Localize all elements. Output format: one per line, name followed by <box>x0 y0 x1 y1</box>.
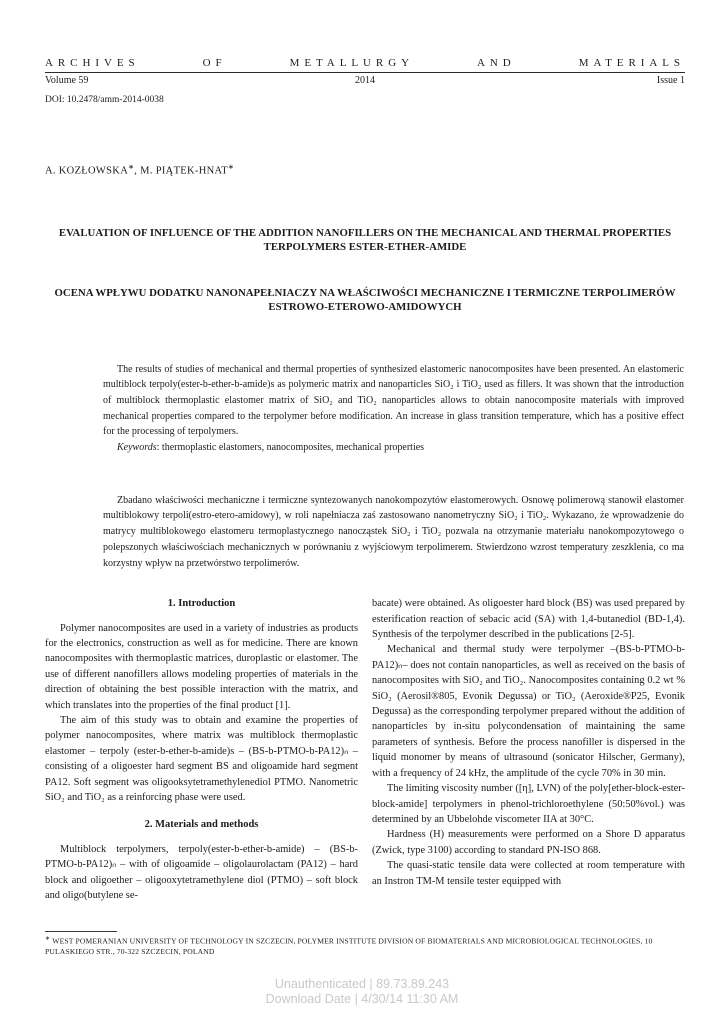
abstract-english: The results of studies of mechanical and… <box>103 362 684 456</box>
body-paragraph: The quasi-static tensile data were colle… <box>372 858 685 889</box>
body-paragraph: The aim of this study was to obtain and … <box>45 713 358 805</box>
body-columns: 1. Introduction Polymer nanocomposites a… <box>45 596 685 975</box>
author-line: A. KOZŁOWSKA∗, M. PIĄTEK-HNAT∗ <box>45 163 685 177</box>
keywords-list: : thermoplastic elastomers, nanocomposit… <box>157 442 424 453</box>
author-name: A. KOZŁOWSKA <box>45 166 128 177</box>
footnote-divider <box>45 931 117 932</box>
author-footnote-mark: ∗ <box>228 163 234 171</box>
watermark-ip-line: Unauthenticated | 89.73.89.243 <box>0 977 724 992</box>
journal-word: MATERIALS <box>579 57 685 69</box>
body-paragraph: Mechanical and thermal study were terpol… <box>372 642 685 781</box>
paper-title-polish: OCENA WPŁYWU DODATKU NANONAPEŁNIACZY NA … <box>45 286 685 315</box>
body-paragraph: Multiblock terpolymers, terpoly(ester-b-… <box>45 842 358 904</box>
volume-issue-row: Volume 59 2014 Issue 1 <box>45 75 685 86</box>
right-column: bacate) were obtained. As oligoester har… <box>372 596 685 975</box>
doi-label: DOI: 10.2478/amm-2014-0038 <box>45 95 685 105</box>
footnote-mark: ∗ <box>45 936 50 942</box>
year-label: 2014 <box>258 75 471 86</box>
abstract-english-text: The results of studies of mechanical and… <box>103 362 684 441</box>
abstract-polish-text: Zbadano właściwości mechaniczne i termic… <box>103 493 684 572</box>
paper-page: ARCHIVES OF METALLURGY AND MATERIALS Vol… <box>0 0 724 1024</box>
header-divider <box>45 72 685 73</box>
affiliation-value: WEST POMERANIAN UNIVERSITY OF TECHNOLOGY… <box>45 937 652 957</box>
section-heading-introduction: 1. Introduction <box>45 596 358 611</box>
download-watermark: Unauthenticated | 89.73.89.243 Download … <box>0 977 724 1007</box>
body-paragraph: bacate) were obtained. As oligoester har… <box>372 596 685 642</box>
volume-label: Volume 59 <box>45 75 258 86</box>
journal-word: ARCHIVES <box>45 57 140 69</box>
journal-word: OF <box>203 57 227 69</box>
keywords-line: Keywords: thermoplastic elastomers, nano… <box>103 440 684 456</box>
keywords-label: Keywords <box>117 442 157 453</box>
abstract-polish: Zbadano właściwości mechaniczne i termic… <box>103 493 684 572</box>
paper-title-english: EVALUATION OF INFLUENCE OF THE ADDITION … <box>45 226 685 255</box>
affiliation-footnote: ∗ WEST POMERANIAN UNIVERSITY OF TECHNOLO… <box>45 931 685 958</box>
journal-word: AND <box>477 57 516 69</box>
section-heading-materials-methods: 2. Materials and methods <box>45 817 358 832</box>
body-paragraph: The limiting viscosity number ([η], LVN)… <box>372 781 685 827</box>
body-paragraph: Hardness (H) measurements were performed… <box>372 827 685 858</box>
page-content: ARCHIVES OF METALLURGY AND MATERIALS Vol… <box>45 0 685 975</box>
journal-word: METALLURGY <box>290 57 414 69</box>
journal-title-line: ARCHIVES OF METALLURGY AND MATERIALS <box>45 57 685 69</box>
affiliation-text: ∗ WEST POMERANIAN UNIVERSITY OF TECHNOLO… <box>45 934 685 958</box>
watermark-date-line: Download Date | 4/30/14 11:30 AM <box>0 992 724 1007</box>
body-paragraph: Polymer nanocomposites are used in a var… <box>45 621 358 713</box>
left-column: 1. Introduction Polymer nanocomposites a… <box>45 596 358 975</box>
author-name: , M. PIĄTEK-HNAT <box>134 166 228 177</box>
issue-label: Issue 1 <box>472 75 685 86</box>
